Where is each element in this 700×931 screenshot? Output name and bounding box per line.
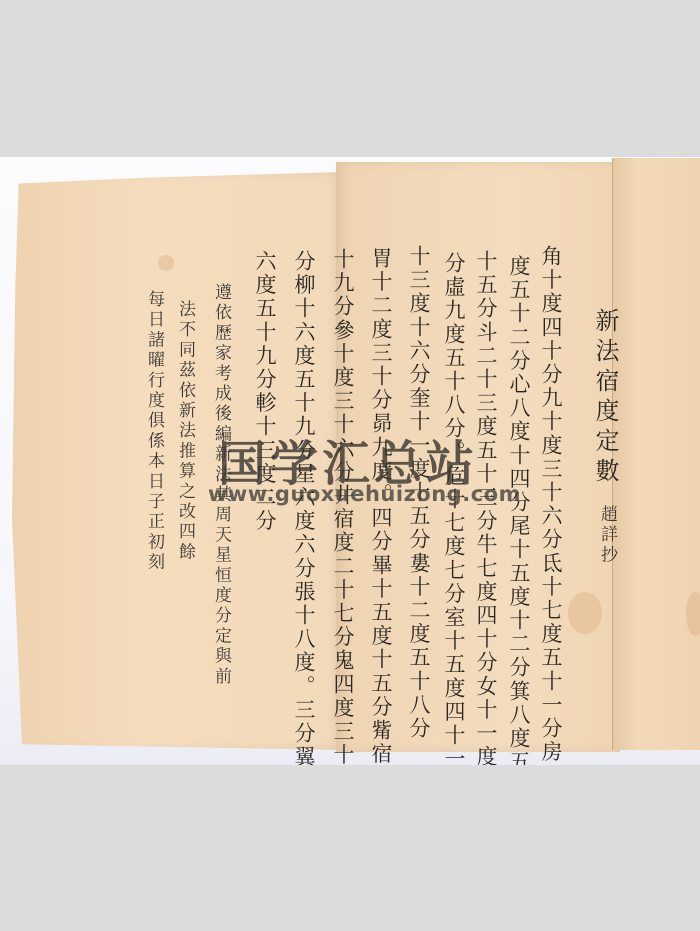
paper-stain: [686, 592, 700, 636]
watermark-url: www.guoxuehuizong.com: [208, 482, 521, 506]
text-column-6: 胃十二度三十分昴九度。四分畢十五度十五分觜宿五: [370, 247, 391, 790]
note-column-2: 法不同茲依新法推算之改四餘: [176, 300, 193, 563]
text-column-1: 角十度四十分九十度三十六分氐十七度五十一分房四: [540, 245, 561, 788]
text-column-3: 十五分斗二十三度五十三分牛七度四十分女十一度四十: [475, 250, 496, 816]
text-column-2: 度五十二分心八度十四分尾十五度十二分箕八度五: [508, 255, 529, 774]
author-note: 趙詳抄: [598, 505, 615, 566]
bottom-gray-band: [0, 765, 700, 931]
text-column-7: 十九分參十度三十六分井宿度二十七分鬼四度三十四: [332, 248, 353, 791]
top-gray-band: [0, 0, 700, 157]
paper-stain: [568, 592, 602, 634]
folded-page-edge: [612, 158, 700, 750]
paper-stain: [158, 255, 174, 271]
note-column-3: 每日諸曜行度俱係本日子正初刻: [145, 290, 162, 573]
document-title: 新法宿度定數: [593, 308, 617, 488]
text-column-4: 分虛九度五十八分。危十七度七分室十五度四十一分壁: [443, 252, 464, 818]
text-column-8: 分柳十六度五十九分星六度六分張十八度。三分翼十: [293, 250, 314, 793]
